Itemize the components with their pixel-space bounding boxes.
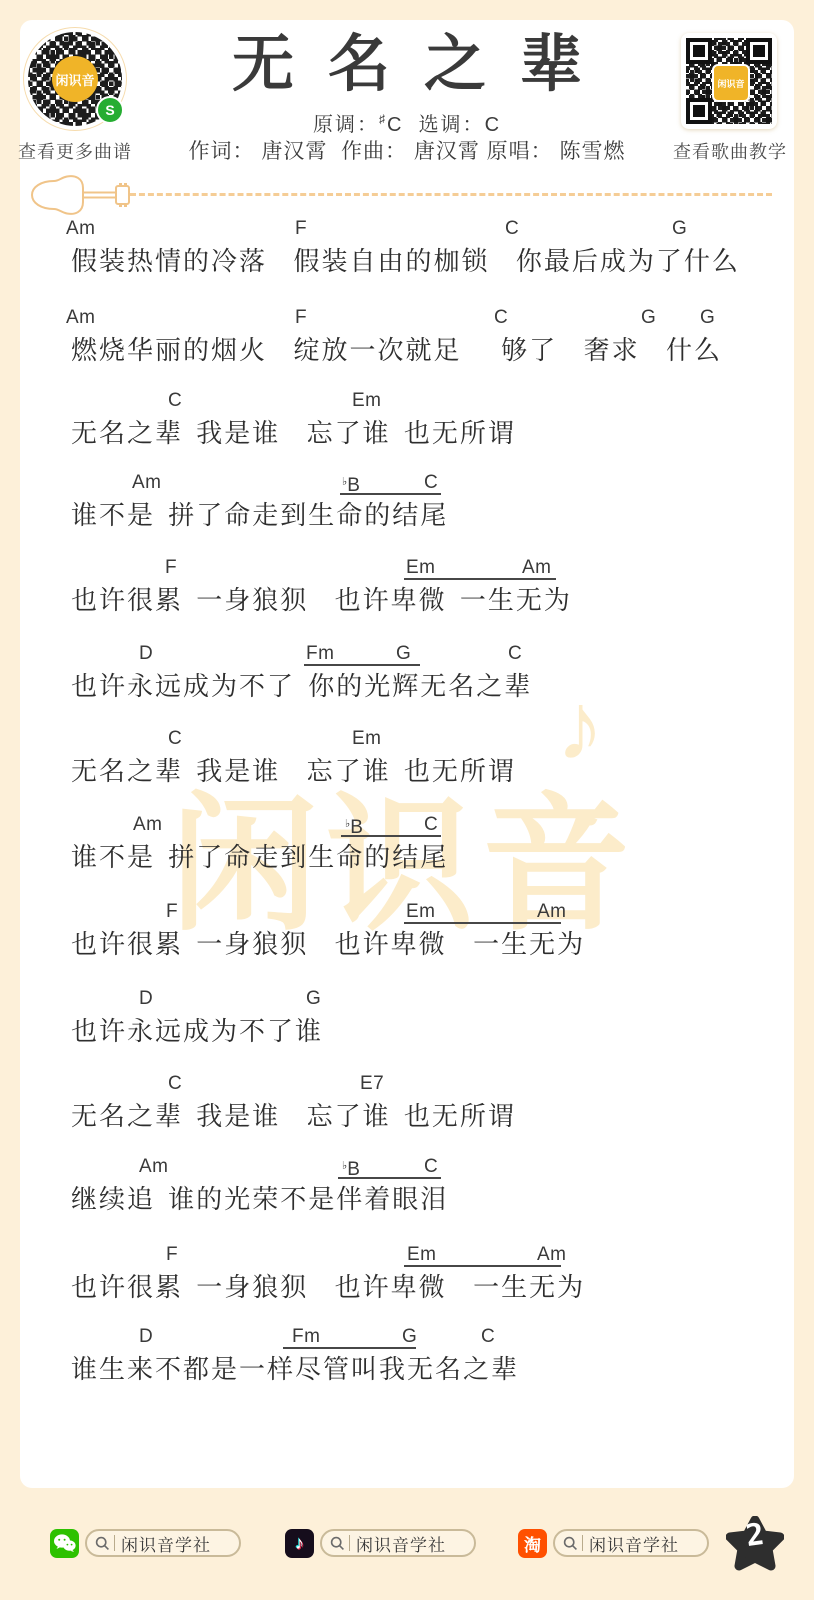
chord-label: Em xyxy=(352,728,382,749)
lyric-line-1: AmFCG假装热情的冷落 假装自由的枷锁 你最后成为了什么 xyxy=(0,218,814,278)
lyric-text: 也许永远成为不了谁 xyxy=(71,1011,323,1048)
chord-label: Am xyxy=(139,1156,169,1177)
lyric-text: 谁生来不都是一样尽管叫我无名之辈 xyxy=(71,1349,519,1386)
lyric-text: 假装热情的冷落 假装自由的枷锁 你最后成为了什么 xyxy=(71,241,740,278)
chord-label: C xyxy=(168,728,182,749)
lyric-line-13: FEmAm也许很累 一身狼狈 也许卑微 一生无为 xyxy=(0,1244,814,1304)
lyric-line-8: Am♭BC谁不是 拼了命走到生命的结尾 xyxy=(0,814,814,874)
lyric-line-7: CEm无名之辈 我是谁 忘了谁 也无所谓 xyxy=(0,728,814,788)
chord-label: Am xyxy=(66,218,96,239)
chord-label: Fm xyxy=(306,643,334,664)
lyric-text: 无名之辈 我是谁 忘了谁 也无所谓 xyxy=(71,413,516,450)
lyric-line-12: Am♭BC继续追 谁的光荣不是伴着眼泪 xyxy=(0,1156,814,1216)
chord-label: Fm xyxy=(292,1326,320,1347)
chord-label: F xyxy=(166,901,178,922)
chord-label: G xyxy=(402,1326,417,1347)
lyric-text: 也许永远成为不了 你的光辉无名之辈 xyxy=(71,666,532,703)
chord-label: F xyxy=(165,557,177,578)
chord-label: Am xyxy=(66,307,96,328)
lyric-text: 也许很累 一身狼狈 也许卑微 一生无为 xyxy=(71,924,585,961)
chord-label: G xyxy=(641,307,656,328)
lyric-text: 谁不是 拼了命走到生命的结尾 xyxy=(71,837,448,874)
lyric-line-14: DFmGC谁生来不都是一样尽管叫我无名之辈 xyxy=(0,1326,814,1386)
lyric-line-5: FEmAm也许很累 一身狼狈 也许卑微 一生无为 xyxy=(0,557,814,617)
lyric-text: 谁不是 拼了命走到生命的结尾 xyxy=(71,495,448,532)
chord-label: D xyxy=(139,1326,153,1347)
chord-label: C xyxy=(424,814,438,835)
chord-label: C xyxy=(508,643,522,664)
chord-label: C xyxy=(505,218,519,239)
chord-label: C xyxy=(168,390,182,411)
chord-label: C xyxy=(424,1156,438,1177)
lyric-line-3: CEm无名之辈 我是谁 忘了谁 也无所谓 xyxy=(0,390,814,450)
lyric-text: 无名之辈 我是谁 忘了谁 也无所谓 xyxy=(71,1096,516,1133)
lyric-line-6: DFmGC也许永远成为不了 你的光辉无名之辈 xyxy=(0,643,814,703)
chord-sheet-page: { "header": { "title": "无名之辈", "key_orig… xyxy=(0,0,814,1600)
lyric-text: 无名之辈 我是谁 忘了谁 也无所谓 xyxy=(71,751,516,788)
chord-label: G xyxy=(700,307,715,328)
lyric-line-4: Am♭BC谁不是 拼了命走到生命的结尾 xyxy=(0,472,814,532)
chord-label: D xyxy=(139,643,153,664)
chord-label: G xyxy=(306,988,321,1009)
chord-label: F xyxy=(295,307,307,328)
chord-label: Em xyxy=(352,390,382,411)
chord-label: F xyxy=(166,1244,178,1265)
chord-label: G xyxy=(396,643,411,664)
lyric-text: 也许很累 一身狼狈 也许卑微 一生无为 xyxy=(71,1267,585,1304)
chord-label: Am xyxy=(537,901,567,922)
lyric-line-2: AmFCGG燃烧华丽的烟火 绽放一次就足 够了 奢求 什么 xyxy=(0,307,814,367)
chord-label: Em xyxy=(406,557,436,578)
lyric-line-10: DG也许永远成为不了谁 xyxy=(0,988,814,1048)
chord-label: D xyxy=(139,988,153,1009)
chord-label: G xyxy=(672,218,687,239)
chord-label: Am xyxy=(537,1244,567,1265)
lyric-line-11: CE7无名之辈 我是谁 忘了谁 也无所谓 xyxy=(0,1073,814,1133)
chord-label: Am xyxy=(133,814,163,835)
chord-label: Em xyxy=(407,1244,437,1265)
chord-label: C xyxy=(168,1073,182,1094)
lyric-text: 也许很累 一身狼狈 也许卑微 一生无为 xyxy=(71,580,572,617)
chord-label: Am xyxy=(522,557,552,578)
chord-label: F xyxy=(295,218,307,239)
chord-label: C xyxy=(481,1326,495,1347)
lyric-line-9: FEmAm也许很累 一身狼狈 也许卑微 一生无为 xyxy=(0,901,814,961)
chord-label: C xyxy=(494,307,508,328)
lyric-text: 燃烧华丽的烟火 绽放一次就足 够了 奢求 什么 xyxy=(71,330,722,367)
lyrics-section: AmFCG假装热情的冷落 假装自由的枷锁 你最后成为了什么AmFCGG燃烧华丽的… xyxy=(0,0,814,1600)
chord-label: E7 xyxy=(360,1073,384,1094)
chord-label: Am xyxy=(132,472,162,493)
lyric-text: 继续追 谁的光荣不是伴着眼泪 xyxy=(71,1179,448,1216)
chord-label: C xyxy=(424,472,438,493)
chord-label: Em xyxy=(406,901,436,922)
